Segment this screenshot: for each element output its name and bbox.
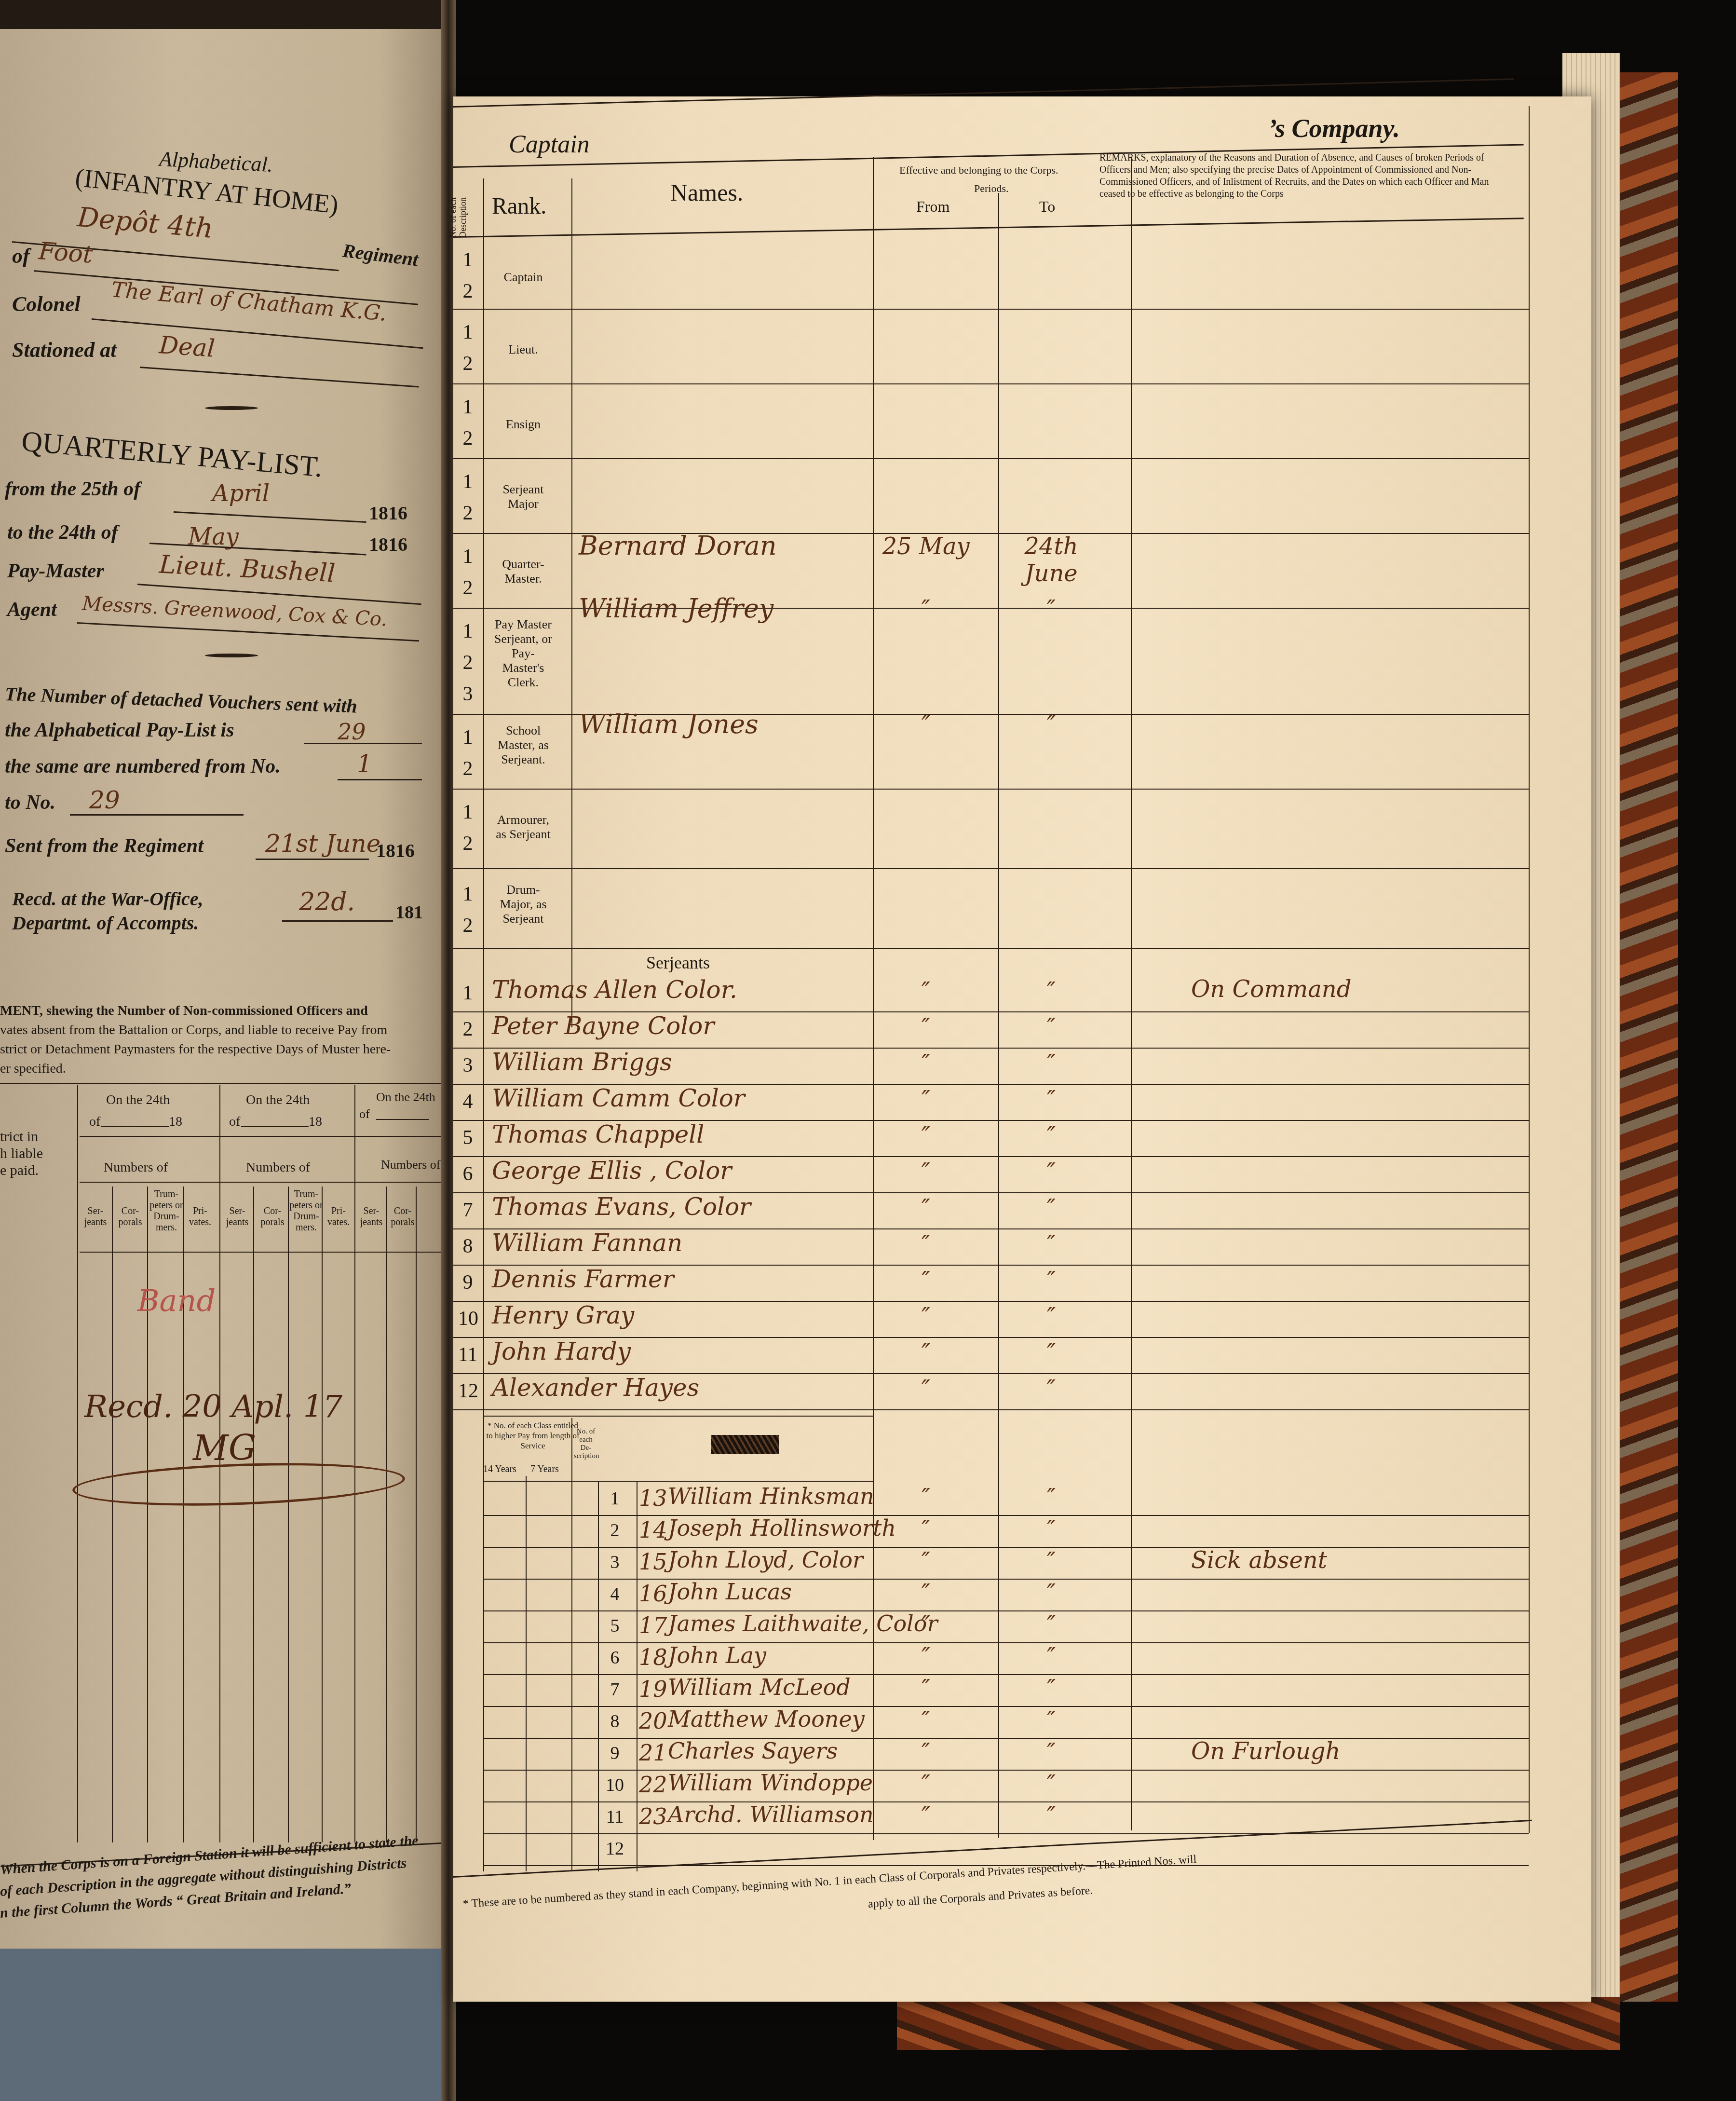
private-number: 2 [605, 1520, 624, 1541]
serjeant-from: ″ [878, 978, 974, 1005]
serjeant-to: ″ [1003, 1231, 1099, 1258]
private-from: ″ [878, 1739, 974, 1766]
captain-label: Captain [509, 130, 590, 159]
row-divider [453, 383, 1529, 384]
serjeant-number: 10 [458, 1307, 477, 1330]
col-rule-desc [483, 178, 484, 1871]
col-rule [416, 1187, 417, 1842]
serjeant-name: Alexander Hayes [492, 1374, 699, 1402]
rank-school-master: School Master, as Serjeant. [494, 723, 552, 767]
private-from: ″ [878, 1484, 974, 1511]
stationed-label: Stationed at [12, 338, 116, 362]
row-divider [453, 1409, 1529, 1410]
agent-label: Agent [7, 598, 57, 621]
desc-number: 1 [458, 321, 477, 344]
row-divider [453, 458, 1529, 459]
col-header-rank: Rank. [492, 193, 546, 219]
school-master-name: William Jones [579, 709, 759, 739]
private-remark: Sick absent [1191, 1547, 1327, 1574]
desc-number: 1 [458, 883, 477, 906]
private-name: Matthew Mooney [668, 1706, 865, 1732]
col-rule-seq [637, 1481, 637, 1871]
private-number: 1 [605, 1488, 624, 1509]
subcol-corporals-2: Cor-porals [256, 1206, 289, 1228]
subcol-privates-2: Pri-vates. [324, 1206, 353, 1228]
group-3-of: of [359, 1107, 370, 1121]
serjeant-to: ″ [1003, 1376, 1099, 1403]
group-2-of: of [229, 1114, 240, 1130]
desc-number: 3 [458, 682, 477, 706]
from-year: 1816 [369, 502, 407, 524]
col-rule [288, 1187, 289, 1842]
col-rule [322, 1187, 323, 1842]
desc-number: 1 [458, 470, 477, 493]
col-rule-7y [571, 1418, 572, 1871]
serjeant-name: Thomas Evans, Color [492, 1193, 751, 1221]
sent-label: Sent from the Regiment [5, 834, 203, 858]
private-number: 3 [605, 1552, 624, 1573]
serjeant-to: ″ [1003, 1267, 1099, 1294]
private-to: ″ [1003, 1707, 1099, 1734]
desc-number: 1 [458, 545, 477, 568]
recd-year: 181 [395, 902, 423, 923]
desc-number: 2 [458, 832, 477, 855]
private-to: ″ [1003, 1611, 1099, 1638]
left-page: Alphabetical. (INFANTRY AT HOME) Depôt 4… [0, 0, 446, 2101]
group-1-numbers: Numbers of [104, 1160, 168, 1175]
col-rule [253, 1187, 254, 1842]
vouchers-to-no: 29 [89, 786, 120, 814]
class-header-top [483, 1416, 874, 1417]
private-number: 11 [605, 1806, 624, 1828]
ornament-divider-2 [205, 654, 258, 657]
sent-underline [256, 859, 369, 860]
subcol-drummers-2: Trum-peters or Drum-mers. [289, 1189, 323, 1233]
footnote-1: * These are to be numbered as they stand… [462, 1853, 1197, 1911]
signature-flourish [72, 1458, 406, 1511]
book-cover-top [0, 0, 446, 29]
book-cover-bottom [0, 1949, 446, 2101]
private-seq: 18 [639, 1644, 667, 1670]
serjeant-from: ″ [878, 1050, 974, 1077]
footnote-2: apply to all the Corporals and Privates … [868, 1884, 1093, 1911]
rank-quarter-master: Quarter-Master. [494, 557, 552, 586]
col-rule [386, 1187, 387, 1842]
private-number: 9 [605, 1743, 624, 1764]
serjeant-to: ″ [1003, 1339, 1099, 1366]
serjeant-to: ″ [1003, 1122, 1099, 1149]
private-seq: 21 [639, 1740, 667, 1766]
group-2-year: 18 [309, 1114, 322, 1130]
header-top-rule [453, 78, 1514, 108]
serjeant-number: 1 [458, 982, 477, 1005]
group-1-on: On the 24th [106, 1092, 170, 1108]
quarter-master-to: 24th June [1003, 533, 1099, 587]
col-header-to: To [1039, 198, 1055, 216]
desc-number: 1 [458, 620, 477, 643]
private-name: William McLeod [668, 1674, 851, 1700]
rank-lieut: Lieut. [494, 342, 552, 357]
col-rule [354, 1085, 355, 1842]
serjeant-number: 11 [458, 1343, 477, 1366]
vouchers-line1: The Number of detached Vouchers sent wit… [4, 682, 357, 717]
group-3-of-line [376, 1119, 429, 1120]
vouchers-from-no: 1 [357, 750, 372, 778]
private-to: ″ [1003, 1675, 1099, 1702]
class-14-years: 14 Years [483, 1464, 516, 1475]
desc-number: 1 [458, 248, 477, 272]
subcol-corporals: Cor-porals [113, 1206, 147, 1228]
company-label: ’s Company. [1268, 113, 1400, 143]
recd-label-2: Departmt. of Accompts. [12, 912, 199, 934]
serjeant-number: 4 [458, 1090, 477, 1113]
col-header-description: No. of each Description [448, 189, 468, 246]
serjeant-number: 5 [458, 1126, 477, 1149]
serjeant-to: ″ [1003, 1050, 1099, 1077]
serjeant-name: John Hardy [492, 1337, 631, 1365]
paymaster-serjeant-from: ″ [878, 596, 974, 623]
serjeant-remark: On Command [1191, 976, 1351, 1003]
private-seq: 17 [639, 1612, 667, 1638]
private-to: ″ [1003, 1580, 1099, 1607]
row-divider [453, 309, 1529, 310]
rank-captain: Captain [494, 270, 552, 285]
serjeant-from: ″ [878, 1339, 974, 1366]
desc-number: 1 [458, 801, 477, 824]
private-seq: 19 [639, 1676, 667, 1702]
serjeant-from: ″ [878, 1231, 974, 1258]
statement-line1: MENT, shewing the Number of Non-commissi… [0, 1003, 368, 1019]
serjeant-to: ″ [1003, 1159, 1099, 1186]
header-bottom-rule [453, 218, 1524, 238]
statement-side-1: trict in [0, 1129, 38, 1145]
serjeant-number: 6 [458, 1162, 477, 1186]
marbled-cover-edge [1620, 72, 1678, 2002]
desc-number: 2 [458, 757, 477, 780]
col-header-from: From [916, 198, 949, 216]
vouchers-line2: the Alphabetical Pay-List is [5, 719, 234, 742]
group-2-on: On the 24th [246, 1092, 310, 1108]
private-seq: 13 [639, 1485, 667, 1511]
school-master-to: ″ [1003, 711, 1099, 738]
serjeant-name: William Briggs [492, 1048, 672, 1076]
group-3-on: On the 24th [376, 1090, 435, 1105]
rank-drum-major: Drum-Major, as Serjeant [494, 883, 552, 926]
ornament-divider [205, 406, 258, 410]
private-seq: 22 [639, 1772, 667, 1798]
row-divider [483, 1833, 1529, 1834]
serjeant-name: Henry Gray [492, 1301, 634, 1329]
rank-ensign: Ensign [494, 417, 552, 432]
group-3-numbers: Numbers of [381, 1158, 440, 1172]
serjeant-from: ″ [878, 1267, 974, 1294]
subcol-drummers: Trum-peters or Drum-mers. [149, 1189, 183, 1233]
private-to: ″ [1003, 1516, 1099, 1543]
private-to: ″ [1003, 1548, 1099, 1575]
signature-received: Recd. 20 Apl. 17 [84, 1389, 342, 1425]
subcol-serjeants-3: Ser-jeants [357, 1206, 386, 1228]
officer-section-bottom [453, 948, 1529, 949]
class-no-description: No. of each De-scription [574, 1428, 598, 1460]
col-header-names: Names. [670, 178, 743, 206]
regiment-value: Depôt 4th [76, 202, 215, 245]
serjeant-to: ″ [1003, 1195, 1099, 1222]
subcol-serjeants-2: Ser-jeants [223, 1206, 252, 1228]
private-name: William Hinksman [668, 1483, 874, 1509]
colonel-label: Colonel [12, 292, 81, 316]
group-2-of-line [241, 1126, 309, 1127]
signature-initials: MG [193, 1428, 256, 1468]
serjeant-from: ″ [878, 1122, 974, 1149]
serjeant-number: 3 [458, 1054, 477, 1077]
paymaster-label: Pay-Master [7, 559, 104, 583]
col-header-remarks: REMARKS, explanatory of the Reasons and … [1099, 152, 1509, 200]
vouchers-from-underline [338, 779, 422, 780]
col-rule [77, 1085, 78, 1842]
serjeant-name: Peter Bayne Color [492, 1012, 714, 1040]
colonel-value: The Earl of Chatham K.G. [110, 277, 388, 326]
stationed-value: Deal [158, 331, 216, 363]
serjeant-name: George Ellis , Color [492, 1157, 732, 1185]
serjeant-number: 8 [458, 1235, 477, 1258]
private-number: 6 [605, 1647, 624, 1668]
private-from: ″ [878, 1548, 974, 1575]
desc-number: 1 [458, 396, 477, 419]
private-from: ″ [878, 1516, 974, 1543]
private-from: ″ [878, 1802, 974, 1829]
to-label: to the 24th of [7, 521, 118, 544]
from-month: April [212, 480, 270, 507]
desc-number: 2 [458, 914, 477, 937]
group-1-year: 18 [169, 1114, 182, 1130]
private-name: William Windoppe [668, 1770, 873, 1796]
private-seq: 23 [639, 1803, 667, 1829]
recd-label-1: Recd. at the War-Office, [12, 887, 203, 910]
desc-number: 2 [458, 651, 477, 674]
private-remark: On Furlough [1191, 1738, 1341, 1765]
desc-number: 2 [458, 576, 477, 600]
paymaster-value: Lieut. Bushell [159, 550, 336, 588]
serjeant-name: Thomas Allen Color. [492, 976, 737, 1004]
statement-table-top [0, 1083, 441, 1084]
group-2-numbers: Numbers of [246, 1160, 310, 1175]
class-entitled-label: * No. of each Class entitled to higher P… [485, 1420, 581, 1451]
pay-list-title: QUARTERLY PAY-LIST. [20, 424, 324, 484]
subcol-privates: Pri-vates. [186, 1206, 215, 1228]
private-seq: 16 [639, 1581, 667, 1607]
struck-out-heading [711, 1435, 779, 1454]
serjeant-name: Thomas Chappell [492, 1120, 704, 1148]
group-1-of: of [89, 1114, 100, 1130]
private-from: ″ [878, 1771, 974, 1798]
group-1-of-line [101, 1126, 169, 1127]
serjeant-to: ″ [1003, 978, 1099, 1005]
right-page: Captain ’s Company. No. of each Descript… [453, 96, 1591, 2002]
private-from: ″ [878, 1643, 974, 1670]
private-from: ″ [878, 1611, 974, 1638]
private-name: John Lloyd, Color [668, 1547, 863, 1573]
serjeant-number: 12 [458, 1379, 477, 1403]
serjeant-from: ″ [878, 1086, 974, 1113]
col-header-periods: Periods. [974, 182, 1009, 195]
desc-number: 2 [458, 427, 477, 450]
col-rule-14y [526, 1476, 527, 1871]
private-to: ″ [1003, 1739, 1099, 1766]
quarter-master-name: Bernard Doran [579, 531, 777, 561]
statement-line4: er specified. [0, 1061, 66, 1077]
row-divider [453, 789, 1529, 790]
serjeant-to: ″ [1003, 1086, 1099, 1113]
serjeant-from: ″ [878, 1014, 974, 1041]
private-to: ″ [1003, 1484, 1099, 1511]
private-seq: 14 [639, 1517, 667, 1543]
desc-number: 2 [458, 502, 477, 525]
serjeant-from: ″ [878, 1195, 974, 1222]
paymaster-serjeant-name: William Jeffrey [579, 593, 773, 624]
paymaster-serjeant-to: ″ [1003, 596, 1099, 623]
subcol-corporals-3: Cor-porals [388, 1206, 417, 1228]
private-number: 7 [605, 1679, 624, 1700]
group-divider [80, 1136, 441, 1137]
private-number: 10 [605, 1774, 624, 1796]
red-note-band: Band [137, 1283, 216, 1318]
col-rule-rank [571, 178, 572, 1027]
serjeant-to: ″ [1003, 1303, 1099, 1330]
vouchers-count: 29 [338, 719, 366, 745]
subcol-divider [80, 1252, 441, 1253]
marbled-cover-bottom [897, 1997, 1620, 2050]
from-label: from the 25th of [5, 477, 140, 501]
private-from: ″ [878, 1675, 974, 1702]
desc-number: 2 [458, 280, 477, 303]
private-to: ″ [1003, 1771, 1099, 1798]
private-number: 4 [605, 1583, 624, 1605]
serjeant-number: 2 [458, 1018, 477, 1041]
private-name: Joseph Hollinsworth [668, 1515, 896, 1541]
private-from: ″ [878, 1580, 974, 1607]
statement-line3: strict or Detachment Paymasters for the … [0, 1042, 391, 1057]
private-name: John Lay [668, 1642, 766, 1668]
sent-value: 21st June [265, 830, 380, 858]
recd-value: 22d. [299, 887, 355, 916]
class-7-years: 7 Years [530, 1464, 559, 1475]
desc-number: 2 [458, 352, 477, 375]
col-rule-from-to [998, 193, 999, 1838]
serjeant-name: William Fannan [492, 1229, 682, 1257]
row-divider [453, 868, 1529, 869]
private-number: 8 [605, 1711, 624, 1732]
statement-line2: vates absent from the Battalion or Corps… [0, 1023, 387, 1038]
serjeant-from: ″ [878, 1159, 974, 1186]
school-master-from: ″ [878, 711, 974, 738]
vouchers-to-underline [70, 814, 244, 816]
desc-number: 1 [458, 726, 477, 749]
serjeants-heading: Serjeants [646, 953, 710, 973]
private-number: 12 [605, 1838, 624, 1859]
rank-paymaster-serjeant: Pay Master Serjeant, or Pay-Master's Cle… [494, 617, 552, 690]
col-rule [112, 1187, 113, 1842]
private-name: Charles Sayers [668, 1738, 838, 1764]
col-rule-effective [873, 157, 874, 1840]
numbers-divider [80, 1182, 441, 1183]
subcol-serjeants: Ser-jeants [81, 1206, 110, 1228]
rank-armourer: Armourer, as Serjeant [494, 813, 552, 842]
serjeant-name: Dennis Farmer [492, 1265, 674, 1293]
serjeant-from: ″ [878, 1303, 974, 1330]
private-name: John Lucas [668, 1579, 792, 1605]
serjeant-from: ″ [878, 1376, 974, 1403]
private-to: ″ [1003, 1802, 1099, 1829]
serjeant-name: William Camm Color [492, 1084, 745, 1112]
sent-year: 1816 [376, 839, 415, 862]
vouchers-line4: to No. [5, 791, 55, 814]
quarter-master-from: 25 May [878, 533, 974, 560]
of-value: Foot [38, 237, 94, 269]
page-right-border [1529, 106, 1530, 1833]
serjeant-to: ″ [1003, 1014, 1099, 1041]
regiment-label: Regiment [341, 239, 420, 271]
col-rule-no [598, 1481, 599, 1871]
from-underline [174, 511, 366, 523]
statement-side-3: e paid. [0, 1162, 39, 1179]
stationed-underline [140, 367, 419, 387]
vouchers-line3: the same are numbered from No. [5, 755, 281, 778]
private-number: 5 [605, 1615, 624, 1637]
vouchers-count-underline [304, 743, 422, 744]
to-year: 1816 [369, 533, 407, 556]
serjeant-number: 9 [458, 1271, 477, 1294]
class-header-bottom [483, 1481, 874, 1482]
private-from: ″ [878, 1707, 974, 1734]
private-name: Archd. Williamson [668, 1801, 874, 1828]
rank-serjeant-major: Serjeant Major [494, 482, 552, 511]
private-seq: 20 [639, 1708, 667, 1734]
of-label: of [12, 244, 30, 268]
private-seq: 15 [639, 1549, 667, 1575]
col-header-effective: Effective and belonging to the Corps. [899, 164, 1058, 177]
recd-underline [282, 920, 393, 922]
statement-side-2: h liable [0, 1146, 43, 1162]
private-to: ″ [1003, 1643, 1099, 1670]
serjeant-number: 7 [458, 1199, 477, 1222]
